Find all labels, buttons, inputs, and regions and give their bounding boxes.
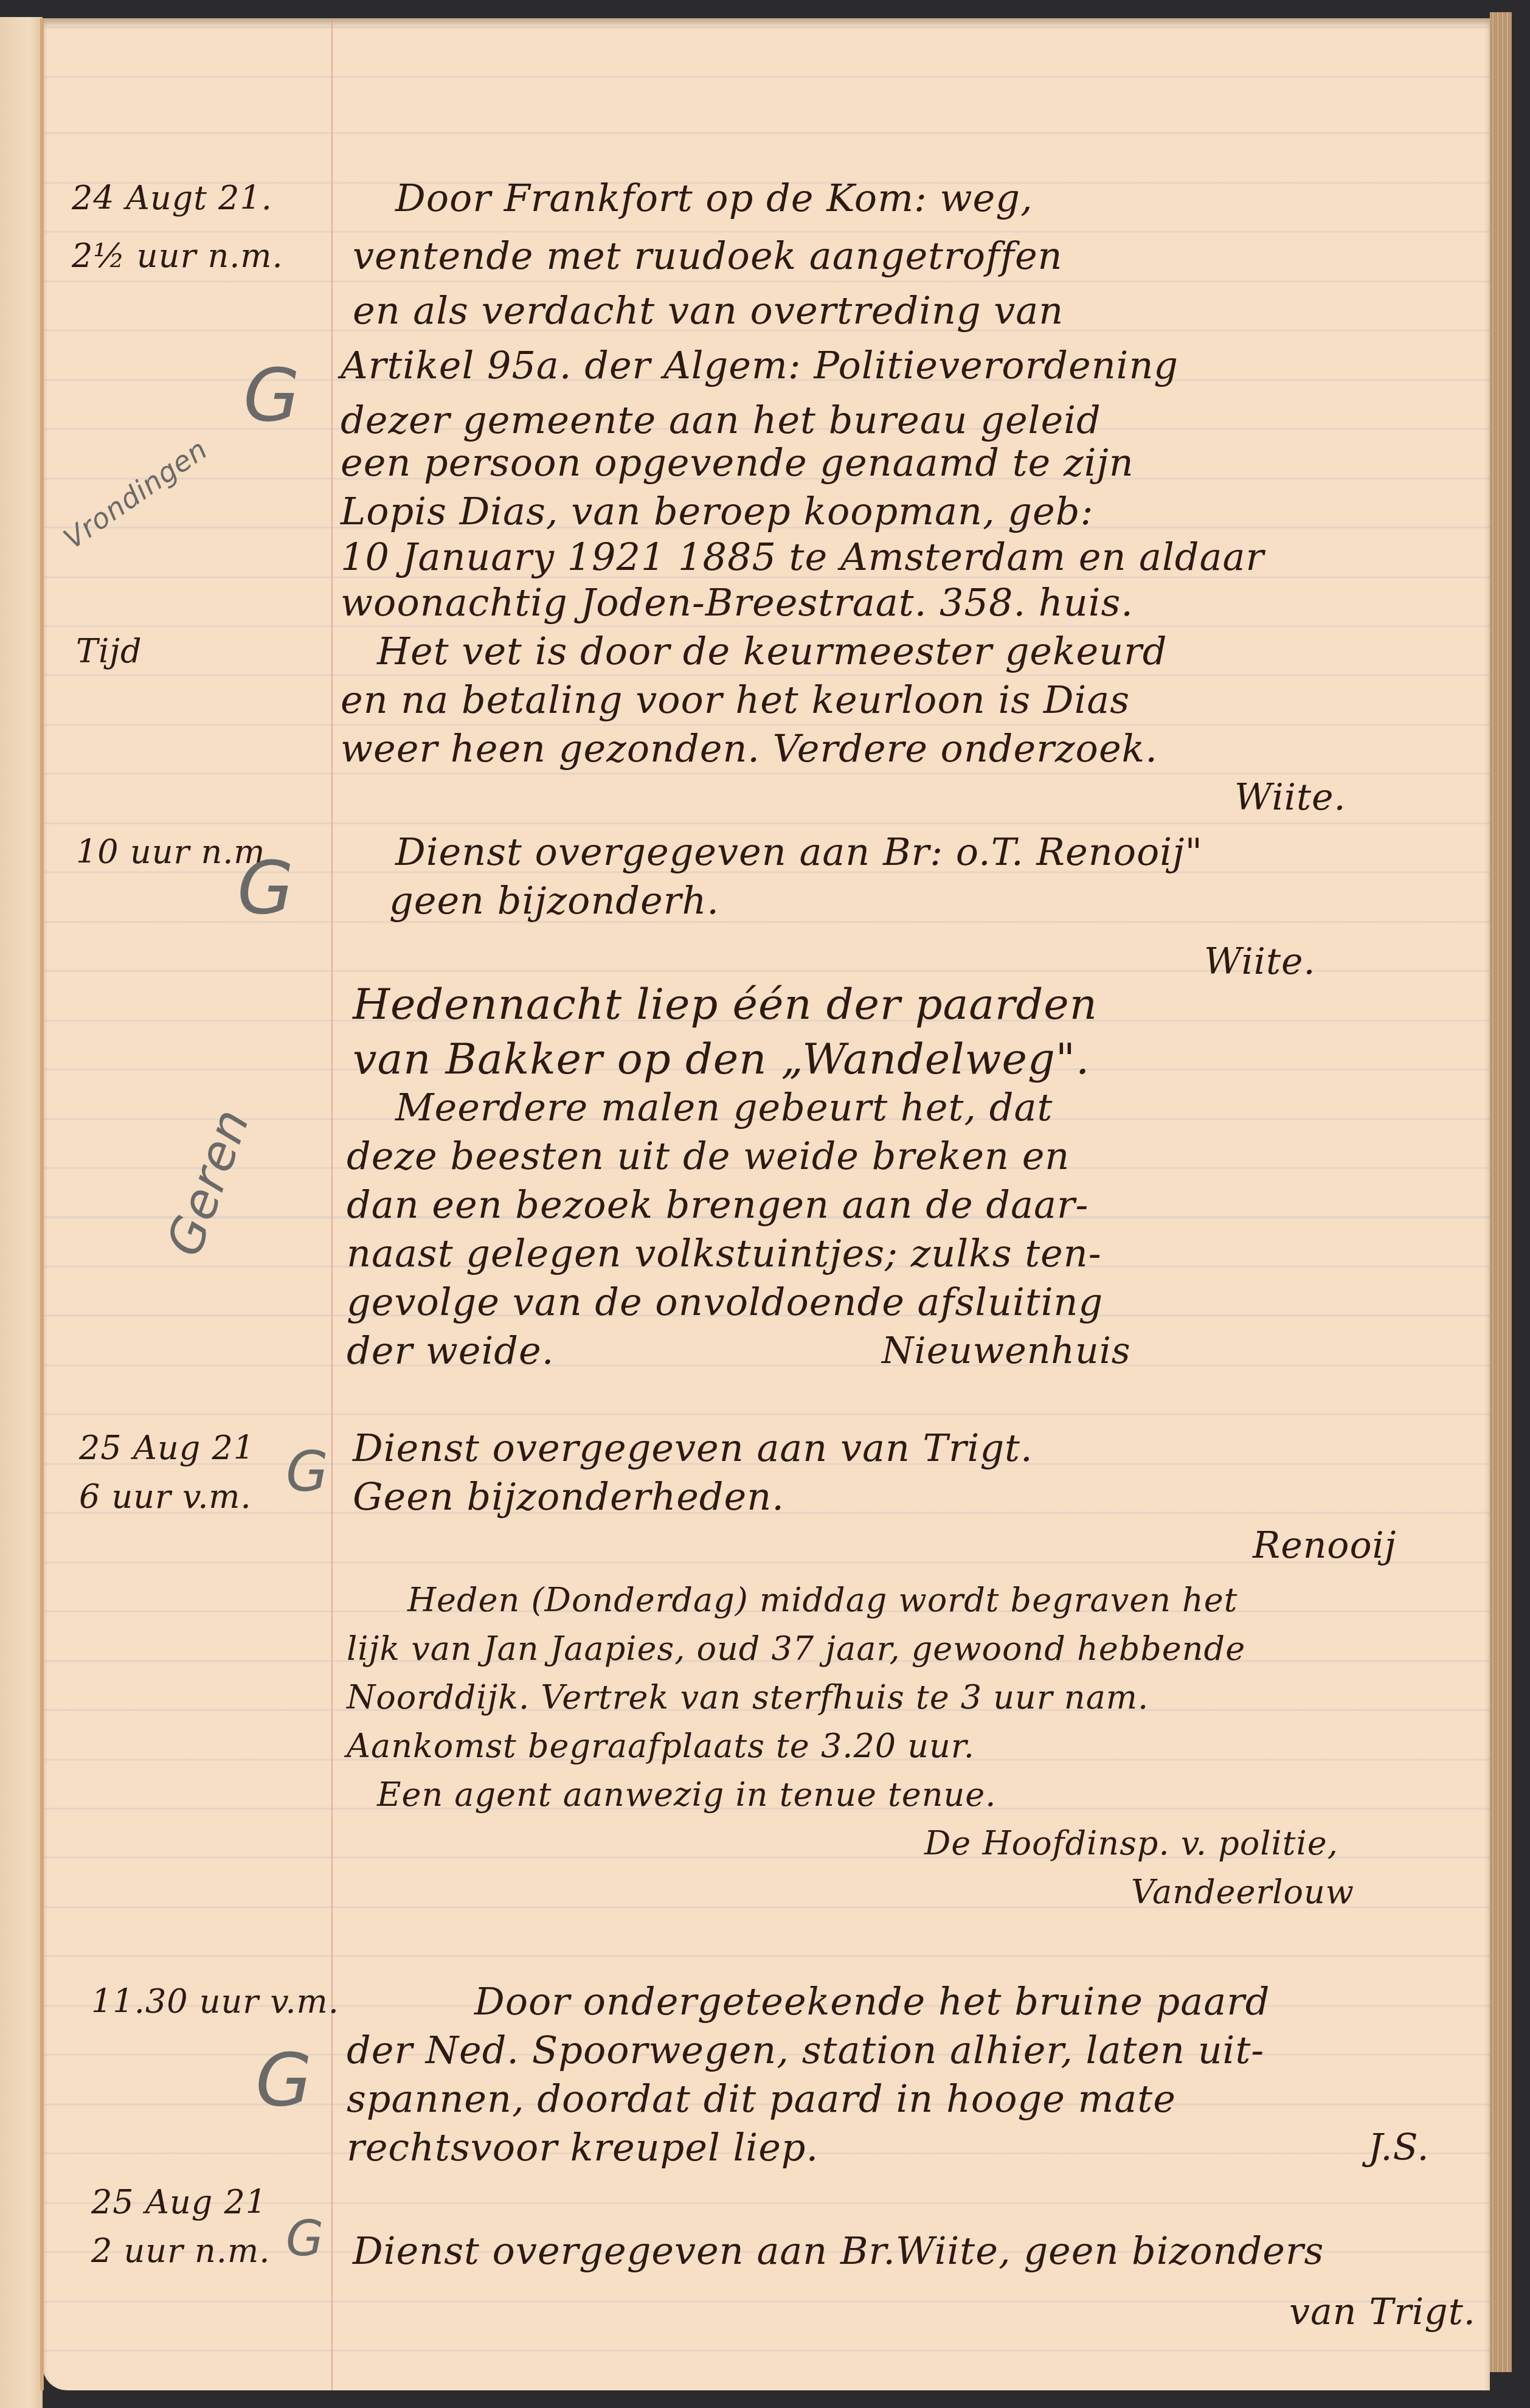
entry-date: 24 Augt 21. bbox=[72, 173, 272, 223]
entry-line: Door Frankfort op de Kom: weg, bbox=[395, 173, 1033, 223]
entry-line: Noorddijk. Vertrek van sterfhuis te 3 uu… bbox=[347, 1673, 1149, 1723]
entry-line: en na betaling voor het keurloon is Dias bbox=[341, 675, 1130, 725]
signature: Nieuwenhuis bbox=[882, 1326, 1131, 1376]
entry-line: Dienst overgegeven aan van Trigt. bbox=[353, 1423, 1033, 1473]
entry-line: dan een bezoek brengen aan de daar- bbox=[347, 1180, 1089, 1230]
entry-line: ventende met ruudoek aangetroffen bbox=[353, 231, 1063, 281]
pencil-mark-g: G bbox=[243, 371, 300, 421]
entry-line: Geen bijzonderheden. bbox=[353, 1472, 784, 1522]
entry-line: Meerdere malen gebeurt het, dat bbox=[395, 1083, 1053, 1133]
entry-time: 2 uur n.m. bbox=[91, 2226, 270, 2276]
entry-line: woonachtig Joden-Breestraat. 358. huis. bbox=[341, 578, 1134, 628]
entry-time: 6 uur v.m. bbox=[79, 1472, 252, 1522]
pencil-mark-g: G bbox=[237, 864, 294, 914]
entry-line: spannen, doordat dit paard in hooge mate bbox=[347, 2074, 1176, 2124]
entry-line: Lopis Dias, van beroep koopman, geb: bbox=[341, 487, 1093, 536]
entry-line: van Bakker op den „Wandelweg". bbox=[353, 1034, 1090, 1084]
entry-line: naast gelegen volkstuintjes; zulks ten- bbox=[347, 1229, 1102, 1279]
entry-line: Aankomst begraafplaats te 3.20 uur. bbox=[347, 1721, 975, 1771]
entry-line: Artikel 95a. der Algem: Politieverordeni… bbox=[341, 341, 1179, 390]
entry-line: Dienst overgegeven aan Br: o.T. Renooij" bbox=[395, 827, 1203, 877]
entry-line: weer heen gezonden. Verdere onderzoek. bbox=[341, 724, 1158, 774]
entry-line: geen bijzonderh. bbox=[389, 876, 719, 926]
entry-line: lijk van Jan Jaapies, oud 37 jaar, gewoo… bbox=[347, 1624, 1245, 1674]
margin-note: Tijd bbox=[76, 626, 142, 676]
entry-line: een persoon opgevende genaamd te zijn bbox=[341, 438, 1134, 488]
red-margin-line bbox=[331, 18, 333, 2390]
entry-line: Heden (Donderdag) middag wordt begraven … bbox=[407, 1575, 1238, 1625]
entry-time: 2½ uur n.m. bbox=[72, 231, 283, 281]
page-stack-edge bbox=[1490, 12, 1512, 2372]
signature: Vandeerlouw bbox=[1131, 1867, 1354, 1917]
entry-line: Een agent aanwezig in tenue tenue. bbox=[377, 1770, 996, 1820]
signature: J.S. bbox=[1368, 2123, 1430, 2173]
entry-line: der weide. bbox=[347, 1326, 554, 1376]
entry-date: 25 Aug 21 bbox=[91, 2177, 267, 2227]
pencil-mark-g: G bbox=[286, 2214, 324, 2264]
entry-line: rechtsvoor kreupel liep. bbox=[347, 2123, 819, 2173]
entry-line: Door ondergeteekende het bruine paard bbox=[474, 1977, 1270, 2027]
pencil-mark-g: G bbox=[255, 2056, 313, 2106]
entry-line: der Ned. Spoorwegen, station alhier, lat… bbox=[347, 2025, 1264, 2075]
page-binding-edge bbox=[40, 18, 44, 2390]
entry-line: en als verdacht van overtreding van bbox=[353, 286, 1064, 336]
entry-line: Dienst overgegeven aan Br.Wiite, geen bi… bbox=[353, 2226, 1324, 2276]
left-page-strip bbox=[0, 17, 43, 2408]
signature: Renooij bbox=[1253, 1521, 1396, 1570]
signature: Wiite. bbox=[1204, 937, 1316, 987]
pencil-mark-g: G bbox=[286, 1448, 329, 1497]
entry-line: 10 January 1921 1885 te Amsterdam en ald… bbox=[341, 532, 1264, 582]
entry-time: 11.30 uur v.m. bbox=[91, 1977, 339, 2027]
entry-line: deze beesten uit de weide breken en bbox=[347, 1131, 1070, 1181]
entry-date: 25 Aug 21 bbox=[79, 1423, 255, 1473]
entry-line: Het vet is door de keurmeester gekeurd bbox=[377, 626, 1168, 676]
signature: De Hoofdinsp. v. politie, bbox=[924, 1819, 1338, 1868]
signature: Wiite. bbox=[1234, 772, 1346, 822]
signature: van Trigt. bbox=[1289, 2287, 1476, 2337]
entry-line: Hedennacht liep één der paarden bbox=[353, 979, 1098, 1029]
entry-line: gevolge van de onvoldoende afsluiting bbox=[347, 1277, 1103, 1327]
